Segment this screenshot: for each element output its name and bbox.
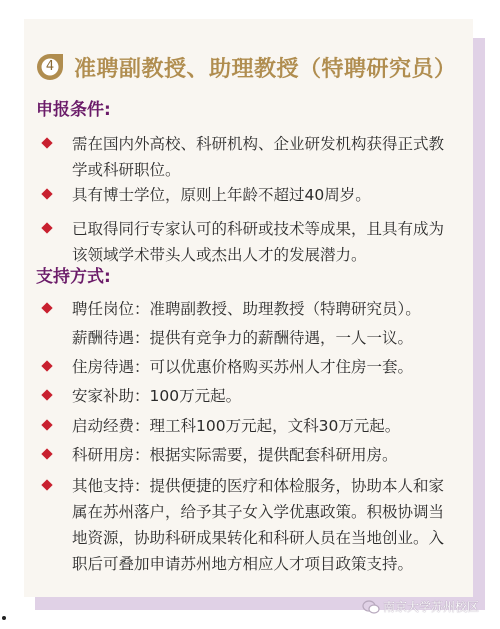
diamond-bullet-icon xyxy=(42,189,52,199)
list-item: 安家补助：100万元起。 xyxy=(38,383,458,409)
diamond-bullet-icon xyxy=(42,138,52,148)
stray-dot xyxy=(2,616,6,620)
list-item: 已取得同行专家认可的科研或技术等成果，且具有成为 该领域学术带头人或杰出人才的发… xyxy=(38,216,458,268)
diamond-bullet-icon xyxy=(42,420,52,430)
list-item: 其他支持：提供便捷的医疗和体检服务，协助本人和家 属在苏州落户，给予其子女入学优… xyxy=(38,473,458,577)
list-item: 聘任岗位：准聘副教授、助理教授（特聘研究员）。 xyxy=(38,296,458,322)
watermark: 南京大学苏州校区 xyxy=(362,598,479,615)
badge-number: 4 xyxy=(36,53,64,81)
number-badge-icon: 4 xyxy=(36,53,64,81)
list-item: 需在国内外高校、科研机构、企业研发机构获得正式教 学或科研职位。 xyxy=(38,131,458,183)
list-item: 启动经费：理工科100万元起，文科30万元起。 xyxy=(38,413,458,439)
watermark-text: 南京大学苏州校区 xyxy=(383,598,479,615)
list-item: 具有博士学位，原则上年龄不超过40周岁。 xyxy=(38,182,458,208)
list-item: 薪酬待遇：提供有竞争力的薪酬待遇，一人一议。 xyxy=(38,325,458,351)
section-heading-support: 支持方式: xyxy=(36,262,111,287)
list-item: 科研用房：根据实际需要，提供配套科研用房。 xyxy=(38,442,458,468)
diamond-bullet-icon xyxy=(42,449,52,459)
diamond-bullet-icon xyxy=(42,361,52,371)
title-row: 4 准聘副教授、助理教授（特聘研究员） xyxy=(36,52,457,82)
section-heading-requirements: 申报条件: xyxy=(36,95,111,120)
list-item: 住房待遇：可以优惠价格购买苏州人才住房一套。 xyxy=(38,354,458,380)
wechat-icon xyxy=(362,600,380,614)
diamond-bullet-icon xyxy=(42,303,52,313)
diamond-bullet-icon xyxy=(42,223,52,233)
page-title: 准聘副教授、助理教授（特聘研究员） xyxy=(74,52,457,83)
diamond-bullet-icon xyxy=(42,390,52,400)
diamond-bullet-icon xyxy=(42,480,52,490)
